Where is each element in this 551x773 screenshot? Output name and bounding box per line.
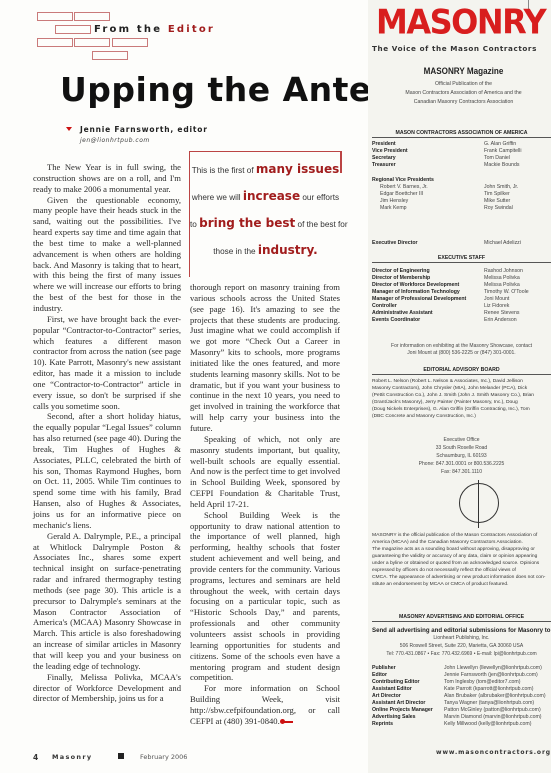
board-line: (DBC Concrete and Masonry Construction, … — [372, 413, 551, 420]
masthead-row: Assistant Art DirectorTanya Wagner (tany… — [372, 700, 551, 707]
office-address: Executive Office — [372, 437, 551, 444]
masthead-row: Art DirectorAlan Brubaker (albrubaker@li… — [372, 693, 551, 700]
officer-row: TreasurerMackie Bounds — [372, 162, 551, 169]
staff-row: Director of EngineeringRashod Johnson — [372, 268, 551, 275]
section-kicker: From the Editor — [94, 24, 215, 35]
pull-quote-border — [340, 151, 342, 173]
body-column-1: The New Year is in full swing, the const… — [33, 162, 181, 704]
masthead-row: PublisherJohn Llewellyn (llewellyn@lionh… — [372, 665, 551, 672]
brick-decoration — [37, 38, 73, 47]
publisher-address: 506 Roswell Street, Suite 220, Marietta,… — [372, 643, 551, 650]
executive-director-row: Executive DirectorMichael Adelizzi — [372, 240, 551, 247]
triangle-bullet-icon — [66, 127, 72, 131]
paragraph: The New Year is in full swing, the const… — [33, 162, 181, 195]
office-address: Phone: 847.301.0001 or 800.536.2225 — [372, 461, 551, 468]
masthead-row: Assistant EditorKate Parrott (kparrott@l… — [372, 686, 551, 693]
brick-decoration — [55, 25, 91, 34]
paragraph: thorough report on masonry training from… — [190, 282, 340, 434]
staff-row: ControllerLiz Fidorek — [372, 303, 551, 310]
end-mark-icon — [283, 721, 293, 723]
closing-paragraph: For more information on School Building … — [190, 683, 340, 726]
masthead-row: Online Projects ManagerPatton McGinley (… — [372, 707, 551, 714]
exhibit-info: Joni Mount at (800) 536-2225 or (847) 30… — [372, 350, 551, 357]
article-title: Upping the Ante — [60, 70, 372, 109]
staff-row: Director of Workforce DevelopmentMelissa… — [372, 282, 551, 289]
officer-row: SecretaryTom Daniel — [372, 155, 551, 162]
kicker-accent: Editor — [168, 24, 215, 35]
publication-note: Mason Contractors Association of America… — [372, 89, 551, 98]
brick-decoration — [37, 12, 73, 21]
paragraph: Speaking of which, not only are masonry … — [190, 434, 340, 510]
office-address: Fax: 847.301.1110 — [372, 469, 551, 476]
rvp-row: Edgar Boettcher IIITim Spilker — [372, 191, 551, 198]
mcaa-seal-logo — [459, 483, 499, 523]
byline: Jennie Farnsworth, editor — [80, 125, 208, 134]
paragraph: Second, after a short holiday hiatus, th… — [33, 411, 181, 530]
paragraph: School Building Week is the opportunity … — [190, 510, 340, 684]
section-header: EDITORIAL ADVISORY BOARD — [372, 367, 551, 375]
pull-quote: This is the first of many issues where w… — [189, 151, 341, 277]
rvp-row: Mark KempRoy Swindal — [372, 205, 551, 212]
brick-decoration — [92, 51, 128, 60]
rvp-row: Jim HensleyMike Sutter — [372, 198, 551, 205]
paragraph: Gerald A. Dalrymple, P.E., a principal a… — [33, 531, 181, 672]
pull-quote-line: This is the first of many issues — [190, 162, 341, 176]
tagline: The Voice of the Mason Contractors — [372, 44, 537, 53]
publisher-address: Lionheart Publishing, Inc. — [372, 635, 551, 642]
magazine-title: MASONRY Magazine — [385, 66, 543, 76]
section-header: EXECUTIVE STAFF — [372, 255, 551, 263]
masthead-row: ReprintsKelly Millwood (kelly@lionhrtpub… — [372, 721, 551, 728]
rvp-header: Regional Vice Presidents — [372, 177, 551, 184]
magazine-page: From the Editor Upping the Ante Jennie F… — [0, 0, 551, 773]
paragraph: For more information on School Building … — [190, 683, 340, 726]
author-email: jen@lionhrtpub.com — [80, 137, 150, 144]
section-header: MASON CONTRACTORS ASSOCIATION OF AMERICA — [372, 130, 551, 138]
pull-quote-line: to bring the best of the best for — [190, 216, 341, 230]
paragraph: First, we have brought back the ever-pop… — [33, 314, 181, 412]
publication-note: Canadian Masonry Contractors Association — [372, 98, 551, 107]
website-url: www.masoncontractors.org — [372, 749, 551, 756]
footer-date: February 2006 — [140, 753, 187, 761]
staff-row: Director of MembershipMelissa Polivka — [372, 275, 551, 282]
body-column-2: thorough report on masonry training from… — [190, 282, 340, 727]
pull-quote-line: those in the industry. — [190, 243, 341, 257]
publication-note: Official Publication of the — [372, 80, 551, 89]
brick-decoration — [74, 38, 110, 47]
brick-decoration — [74, 12, 110, 21]
disclaimer-line: stitute an endorsement by MCAA or CMCA o… — [372, 581, 551, 588]
masthead-row: EditorJennie Farnsworth (jen@lionhrtpub.… — [372, 672, 551, 679]
footer-magazine: Masonry — [52, 753, 92, 761]
editorial-column: From the Editor Upping the Ante Jennie F… — [0, 0, 368, 773]
submissions-note: Send all advertising and editorial submi… — [372, 627, 551, 634]
office-address: 33 South Roselle Road — [372, 445, 551, 452]
square-bullet-icon — [118, 753, 124, 759]
paragraph: Given the questionable economy, many peo… — [33, 195, 181, 314]
staff-row: Administrative AssistantRenee Stevens — [372, 310, 551, 317]
paragraph: Finally, Melissa Polivka, MCAA's directo… — [33, 672, 181, 705]
section-header: MASONRY ADVERTISING AND EDITORIAL OFFICE — [372, 614, 551, 622]
staff-row: Events CoordinatorErin Anderson — [372, 317, 551, 324]
masthead-row: Contributing EditorTom Inglesby (tom@edi… — [372, 679, 551, 686]
masthead-row: Advertising SalesMarvin Diamond (marvin@… — [372, 714, 551, 721]
page-number: 4 — [33, 753, 38, 762]
staff-row: Manager of Professional DevelopmentJoni … — [372, 296, 551, 303]
office-address: Schaumburg, IL 60193 — [372, 453, 551, 460]
brick-decoration — [112, 38, 148, 47]
officer-row: Vice PresidentFrank Campitelli — [372, 148, 551, 155]
publisher-contact: Tel: 770.431.0867 • Fax: 770.432.6969 • … — [372, 651, 551, 658]
rvp-row: Robert V. Barnes, Jr.John Smith, Jr. — [372, 184, 551, 191]
pull-quote-line: where we will increase our efforts — [190, 189, 341, 203]
officer-row: PresidentG. Alan Griffin — [372, 141, 551, 148]
kicker-text: From the — [94, 24, 168, 35]
masonry-logo: MASONRY — [376, 4, 545, 40]
staff-row: Manager of Information TechnologyTimothy… — [372, 289, 551, 296]
